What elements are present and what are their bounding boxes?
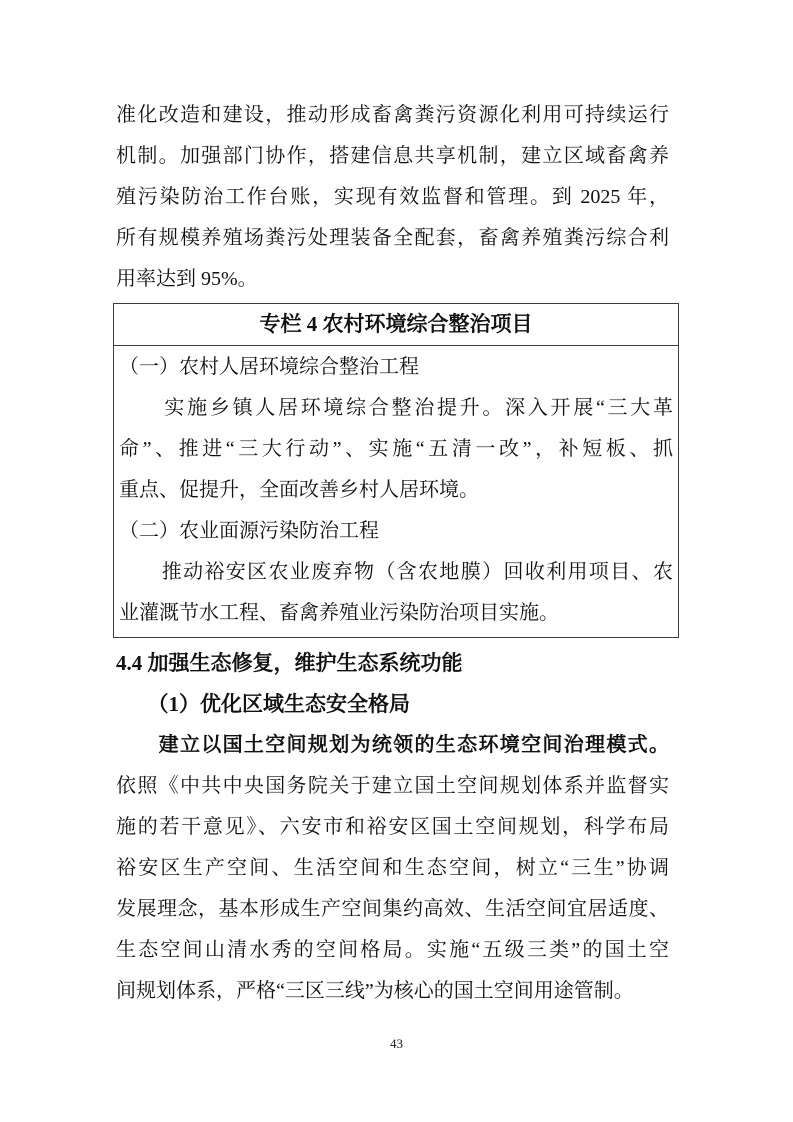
paragraph-spatial-planning: 建立以国土空间规划为统领的生态环境空间治理模式。 依照《中共中央国务院关于建立国… [116, 725, 669, 1012]
lead-bold-sentence: 建立以国土空间规划为统领的生态环境空间治理模式。 [116, 725, 669, 766]
column4-box-body: （一）农村人居环境综合整治工程 实施乡镇人居环境综合整治提升。深入开展“三大革命… [114, 346, 678, 637]
text-line: 施的若干意见》、六安市和裕安区国土空间规划，科学布局 [116, 807, 669, 848]
section-4-4-heading: 4.4 加强生态修复，维护生态系统功能 [116, 643, 669, 684]
paragraph-spatial-planning-lines: 依照《中共中央国务院关于建立国土空间规划体系并监督实施的若干意见》、六安市和裕安… [116, 766, 669, 1012]
text-line: 发展理念，基本形成生产空间集约高效、生活空间宜居适度、 [116, 889, 669, 930]
box-paragraph-3: （二）农业面源污染防治工程 [119, 511, 673, 552]
text-line: 实施乡镇人居环境综合整治提升。深入开展“三大革 [119, 388, 673, 429]
box-paragraph-2: 实施乡镇人居环境综合整治提升。深入开展“三大革命”、推进“三大行动”、实施“五清… [119, 388, 673, 511]
text-line: 生态空间山清水秀的空间格局。实施“五级三类”的国土空 [116, 930, 669, 971]
paragraph-livestock-waste: 准化改造和建设，推动形成畜禽粪污资源化利用可持续运行机制。加强部门协作，搭建信息… [116, 95, 669, 300]
column4-project-box: 专栏 4 农村环境综合整治项目 （一）农村人居环境综合整治工程 实施乡镇人居环境… [113, 303, 679, 638]
text-block: 准化改造和建设，推动形成畜禽粪污资源化利用可持续运行机制。加强部门协作，搭建信息… [116, 95, 669, 1012]
text-line: 所有规模养殖场粪污处理装备全配套，畜禽养殖粪污综合利 [116, 218, 669, 259]
text-line: 推动裕安区农业废弃物（含农地膜）回收利用项目、农 [119, 552, 673, 593]
text-line: 命”、推进“三大行动”、实施“五清一改”，补短板、抓 [119, 429, 673, 470]
text-line: 准化改造和建设，推动形成畜禽粪污资源化利用可持续运行 [116, 95, 669, 136]
text-line: 业灌溉节水工程、畜禽养殖业污染防治项目实施。 [119, 593, 673, 634]
column4-box-title: 专栏 4 农村环境综合整治项目 [114, 304, 678, 346]
text-line: 用率达到 95%。 [116, 259, 669, 300]
box-paragraph-1: （一）农村人居环境综合整治工程 [119, 347, 673, 388]
page-number: 43 [0, 1036, 793, 1052]
text-line: 依照《中共中央国务院关于建立国土空间规划体系并监督实 [116, 766, 669, 807]
text-line: 裕安区生产空间、生活空间和生态空间，树立“三生”协调 [116, 848, 669, 889]
text-line: （二）农业面源污染防治工程 [119, 511, 673, 552]
text-line: 间规划体系，严格“三区三线”为核心的国土空间用途管制。 [116, 971, 669, 1012]
text-line: 殖污染防治工作台账，实现有效监督和管理。到 2025 年， [116, 177, 669, 218]
text-line: （一）农村人居环境综合整治工程 [119, 347, 673, 388]
box-paragraph-4: 推动裕安区农业废弃物（含农地膜）回收利用项目、农业灌溉节水工程、畜禽养殖业污染防… [119, 552, 673, 634]
subsection-1-heading: （1）优化区域生态安全格局 [116, 684, 669, 725]
text-line: 机制。加强部门协作，搭建信息共享机制，建立区域畜禽养 [116, 136, 669, 177]
document-page: 准化改造和建设，推动形成畜禽粪污资源化利用可持续运行机制。加强部门协作，搭建信息… [0, 0, 793, 1122]
text-line: 重点、促提升，全面改善乡村人居环境。 [119, 470, 673, 511]
